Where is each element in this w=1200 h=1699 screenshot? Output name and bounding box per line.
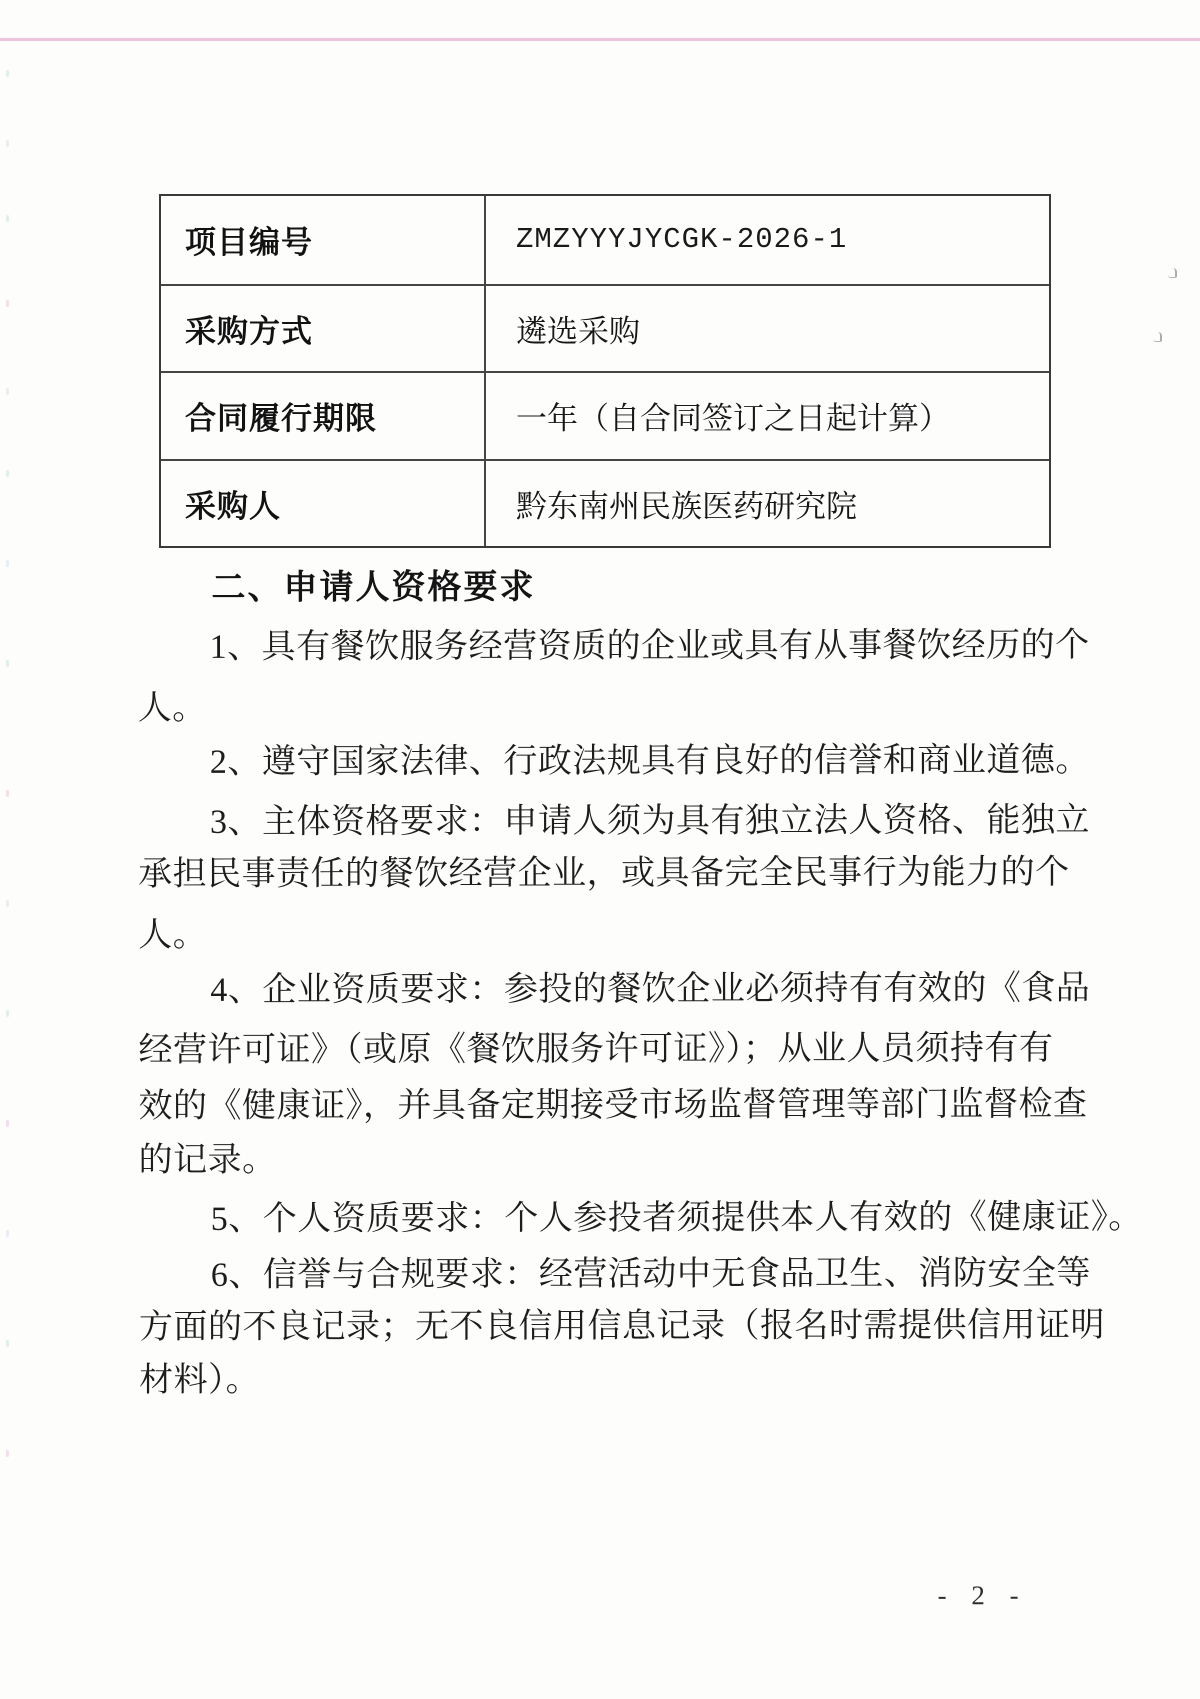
body-text-line: 6、信誉与合规要求：经营活动中无食品卫生、消防安全等 — [139, 1245, 1091, 1296]
body-text-line: 3、主体资格要求：申请人须为具有独立法人资格、能独立 — [138, 792, 1090, 843]
table-label-procurement-method: 采购方式 — [161, 283, 484, 371]
body-text-line: 1、具有餐饮服务经营资质的企业或具有从事餐饮经历的个 — [138, 617, 1090, 668]
project-info-table: 项目编号 ZMZYYYJYCGK-2026-1 采购方式 遴选采购 合同履行期限… — [159, 194, 1051, 548]
table-label-project-number: 项目编号 — [161, 196, 484, 284]
table-value-procurement-method: 遴选采购 — [484, 283, 1049, 371]
table-label-contract-term: 合同履行期限 — [161, 371, 484, 459]
table-label-purchaser: 采购人 — [161, 458, 484, 546]
page-number: - 2 - — [938, 1580, 1028, 1611]
body-text-line: 2、遵守国家法律、行政法规具有良好的信誉和商业道德。 — [138, 732, 1090, 783]
body-text-line: 5、个人资质要求：个人参投者须提供本人有效的《健康证》。 — [139, 1189, 1143, 1240]
body-text-line: 材料）。 — [139, 1352, 260, 1401]
document-page: 项目编号 ZMZYYYJYCGK-2026-1 采购方式 遴选采购 合同履行期限… — [0, 0, 1200, 1699]
body-text-line: 4、企业资质要求：参投的餐饮企业必须持有有效的《食品 — [138, 960, 1090, 1011]
body-text-line: 效的《健康证》，并具备定期接受市场监督管理等部门监督检查 — [138, 1076, 1087, 1127]
document-content: 项目编号 ZMZYYYJYCGK-2026-1 采购方式 遴选采购 合同履行期限… — [0, 0, 1200, 1699]
table-value-contract-term: 一年（自合同签订之日起计算） — [484, 371, 1049, 459]
body-text-line: 人。 — [138, 680, 207, 729]
table-value-project-number: ZMZYYYJYCGK-2026-1 — [484, 196, 1049, 284]
section-heading: 二、申请人资格要求 — [211, 559, 535, 609]
body-text-line: 人。 — [138, 907, 207, 956]
body-text-line: 承担民事责任的餐饮经营企业，或具备完全民事行为能力的个 — [138, 844, 1070, 895]
body-text-line: 经营许可证》（或原《餐饮服务许可证》）；从业人员须持有有 — [138, 1020, 1053, 1071]
body-text-line: 方面的不良记录；无不良信用信息记录（报名时需提供信用证明 — [139, 1297, 1105, 1348]
table-value-purchaser: 黔东南州民族医药研究院 — [484, 458, 1049, 546]
body-text-line: 的记录。 — [139, 1132, 277, 1181]
